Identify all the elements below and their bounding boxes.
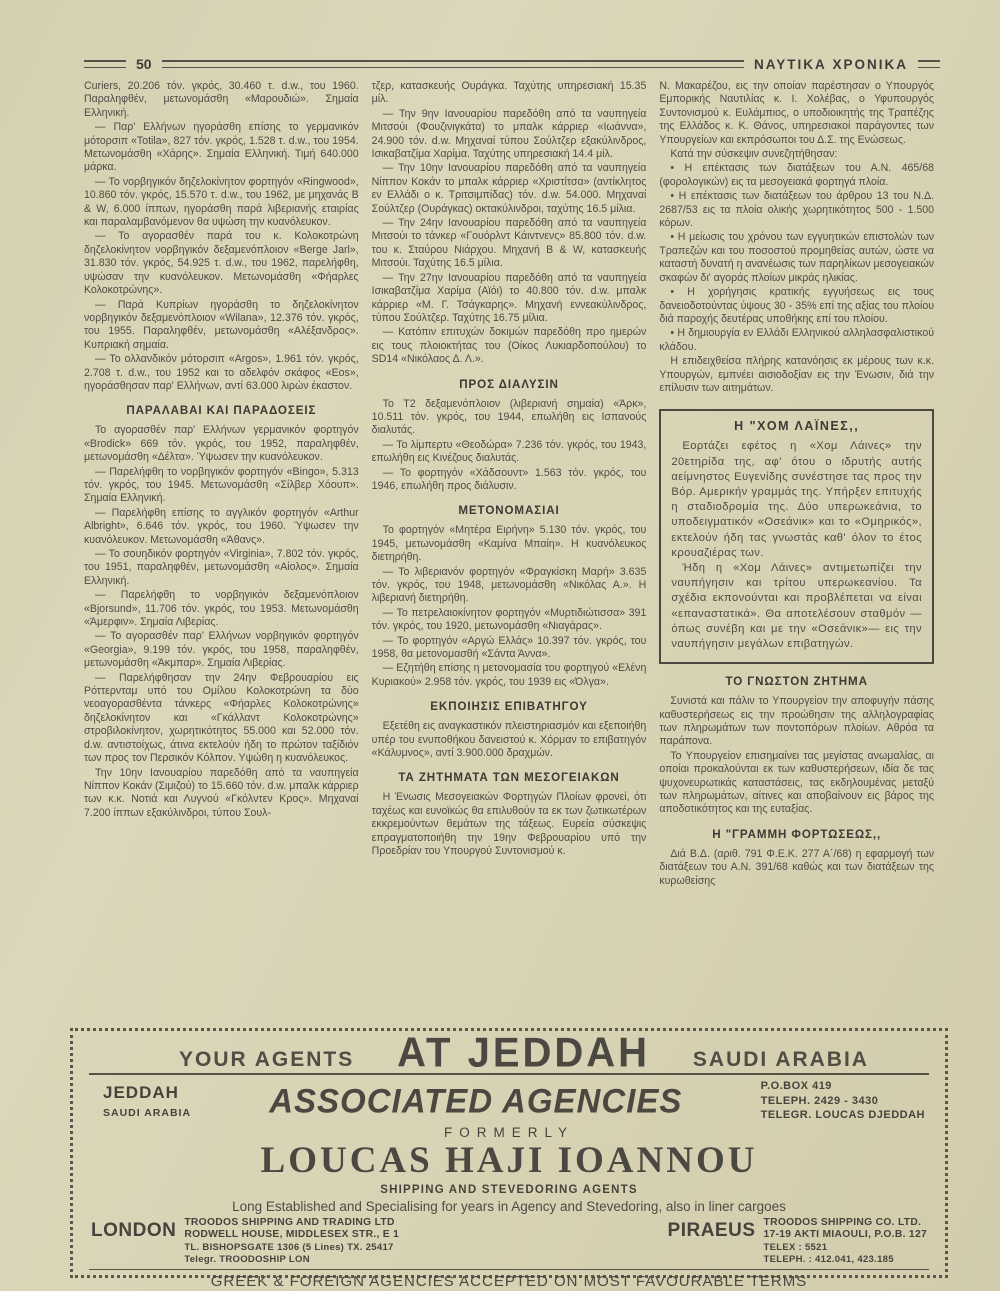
- paragraph: — Το πετρελαιοκίνητον φορτηγόν «Μυρτιδιώ…: [372, 607, 647, 634]
- ad-telegram: TELEGR. LOUCAS DJEDDAH: [761, 1108, 925, 1123]
- ad-agency-name: ASSOCIATED AGENCIES: [269, 1081, 682, 1121]
- header-rule-left: [84, 60, 126, 68]
- paragraph: — Την 27ην Ιανουαρίου παρεδόθη από τα να…: [372, 272, 647, 326]
- jeddah-advertisement: YOUR AGENTS AT JEDDAH SAUDI ARABIA JEDDA…: [70, 1028, 948, 1278]
- paragraph: — Την 9ην Ιανουαρίου παρεδόθη από τα ναυ…: [372, 108, 647, 162]
- ad-left-location: JEDDAH SAUDI ARABIA: [103, 1083, 191, 1119]
- ad-piraeus-office: PIRAEUS TROODOS SHIPPING CO. LTD. 17-19 …: [668, 1217, 927, 1267]
- scanned-journal-page: 50 ΝΑΥΤΙΚΑ ΧΡΟΝΙΚΑ Curiers, 20.206 τόν. …: [0, 0, 1000, 1291]
- paragraph: — Παρελήφθησαν την 24ην Φεβρουαρίου εις …: [84, 672, 359, 766]
- paragraph: — Το σουηδικόν φορτηγόν «Virginia», 7.80…: [84, 548, 359, 588]
- paragraph: Το Τ2 δεξαμενόπλοιον (λιβεριανή σημαία) …: [372, 398, 647, 438]
- article-columns: Curiers, 20.206 τόν. γκρός, 30.460 τ. d.…: [84, 80, 934, 1022]
- paragraph: — Παρελήφθη το νορβηγικόν δεξαμενόπλοιον…: [84, 589, 359, 629]
- ad-agency-row: JEDDAH SAUDI ARABIA ASSOCIATED AGENCIES …: [89, 1079, 929, 1123]
- paragraph: Το Υπουργείον επισημαίνει τας μεγίστας α…: [659, 750, 934, 817]
- journal-masthead: ΝΑΥΤΙΚΑ ΧΡΟΝΙΚΑ: [754, 57, 908, 72]
- feature-box-paragraph: Ήδη η «Χομ Λάινες» αντιμετωπίζει την ναυ…: [671, 561, 922, 652]
- paragraph: Το φορτηγόν «Μητέρα Ειρήνη» 5.130 τόν. γ…: [372, 524, 647, 564]
- paragraph: Κατά την σύσκεψιν συνεζητήθησαν:: [659, 148, 934, 161]
- paragraph: Συνιστά και πάλιν το Υπουργείον την αποφ…: [659, 695, 934, 749]
- paragraph: — Την 10ην Ιανουαρίου παρεδόθη από τα να…: [372, 162, 647, 216]
- ad-offices-row: LONDON TROODOS SHIPPING AND TRADING LTD …: [89, 1217, 929, 1267]
- ad-tagline: Long Established and Specialising for ye…: [89, 1199, 929, 1214]
- paragraph: • Η επέκτασις των διατάξεων του άρθρου 1…: [659, 190, 934, 230]
- paragraph: — Το φορτηγόν «Χάδσουντ» 1.563 τόν. γκρό…: [372, 467, 647, 494]
- section-heading: ΠΡΟΣ ΔΙΑΛΥΣΙΝ: [372, 378, 647, 391]
- column-3-top: Ν. Μακαρέζου, εις την οποίαν παρέστησαν …: [659, 80, 934, 395]
- ad-company-name: LOUCAS HAJI IOANNOU: [89, 1141, 929, 1181]
- ad-your-agents: YOUR AGENTS: [179, 1048, 354, 1072]
- ad-piraeus-address: 17-19 AKTI MIAOULI, P.O.B. 127: [764, 1229, 928, 1242]
- ad-piraeus-company: TROODOS SHIPPING CO. LTD.: [764, 1217, 928, 1230]
- paragraph: — Παρ' Ελλήνων ηγοράσθη επίσης το γερμαν…: [84, 121, 359, 175]
- ad-formerly-label: FORMERLY: [89, 1125, 929, 1140]
- paragraph: Το αγορασθέν παρ' Ελλήνων γερμανικόν φορ…: [84, 424, 359, 464]
- ad-saudi-arabia: SAUDI ARABIA: [693, 1048, 869, 1072]
- paragraph: Διά Β.Δ. (αριθ. 791 Φ.Ε.Κ. 277 Α΄/68) η …: [659, 848, 934, 888]
- page-header: 50 ΝΑΥΤΙΚΑ ΧΡΟΝΙΚΑ: [84, 56, 940, 72]
- ad-piraeus-telephone: TELEPH. : 412.041, 423.185: [764, 1254, 928, 1267]
- ad-piraeus-label: PIRAEUS: [668, 1217, 756, 1267]
- ad-subtitle: SHIPPING AND STEVEDORING AGENTS: [89, 1184, 929, 1196]
- hom-lines-feature-box: Η "ΧΟΜ ΛΑΪΝΕΣ,, Εορτάζει εφέτος η «Χομ Λ…: [659, 409, 934, 664]
- page-number: 50: [136, 56, 152, 72]
- paragraph: — Το φορτηγόν «Αργώ Ελλάς» 10.397 τόν. γ…: [372, 635, 647, 662]
- ad-at-jeddah-title: AT JEDDAH: [397, 1032, 650, 1074]
- feature-box-title: Η "ΧΟΜ ΛΑΪΝΕΣ,,: [671, 419, 922, 433]
- ad-left-city: JEDDAH: [103, 1083, 191, 1103]
- ad-pobox: P.O.BOX 419: [761, 1079, 925, 1094]
- ad-london-telephone: TL. BISHOPSGATE 1306 (5 Lines) TX. 25417: [184, 1242, 399, 1255]
- section-heading: ΜΕΤΟΝΟΜΑΣΙΑΙ: [372, 504, 647, 517]
- section-heading: ΠΑΡΑΛΑΒΑΙ ΚΑΙ ΠΑΡΑΔΟΣΕΙΣ: [84, 404, 359, 417]
- section-heading: ΕΚΠΟΙΗΣΙΣ ΕΠΙΒΑΤΗΓΟΥ: [372, 700, 647, 713]
- paragraph: — Το λιβεριανόν φορτηγόν «Φραγκίσκη Μαρή…: [372, 566, 647, 606]
- ad-london-address: RODWELL HOUSE, MIDDLESEX STR., E 1: [184, 1229, 399, 1242]
- header-rule-center: [162, 60, 744, 68]
- ad-piraeus-telex: TELEX : 5521: [764, 1242, 928, 1255]
- column-1: Curiers, 20.206 τόν. γκρός, 30.460 τ. d.…: [84, 80, 359, 1022]
- paragraph: Την 10ην Ιανουαρίου παρεδόθη από τα ναυπ…: [84, 767, 359, 821]
- ad-piraeus-details: TROODOS SHIPPING CO. LTD. 17-19 AKTI MIA…: [764, 1217, 928, 1267]
- section-heading: ΤΑ ΖΗΤΗΜΑΤΑ ΤΩΝ ΜΕΣΟΓΕΙΑΚΩΝ: [372, 771, 647, 784]
- paragraph: τζερ, κατασκευής Ουράγκα. Ταχύτης υπηρεσ…: [372, 80, 647, 107]
- column-3-bottom: ΤΟ ΓΝΩΣΤΟΝ ΖΗΤΗΜΑΣυνιστά και πάλιν το Υπ…: [659, 675, 934, 888]
- paragraph: Η επιδειχθείσα πλήρης κατανόησις εκ μέρο…: [659, 355, 934, 395]
- ad-header-row: YOUR AGENTS AT JEDDAH SAUDI ARABIA: [89, 1033, 929, 1075]
- paragraph: • Η δημιουργία εν Ελλάδι Ελληνικού αλληλ…: [659, 327, 934, 354]
- paragraph: Εξετέθη εις αναγκαστικόν πλειστηριασμόν …: [372, 720, 647, 760]
- paragraph: Ν. Μακαρέζου, εις την οποίαν παρέστησαν …: [659, 80, 934, 147]
- paragraph: — Παρά Κυπρίων ηγοράσθη το δηζελοκίνητον…: [84, 299, 359, 353]
- paragraph: — Το αγορασθέν παρ' Ελλήνων νορβηγικόν φ…: [84, 630, 359, 670]
- ad-london-label: LONDON: [91, 1217, 176, 1267]
- paragraph: — Την 24ην Ιανουαρίου παρεδόθη από τα να…: [372, 217, 647, 271]
- paragraph: — Κατόπιν επιτυχών δοκιμών παρεδόθη προ …: [372, 326, 647, 366]
- header-rule-right: [918, 60, 940, 68]
- paragraph: • Η χορήγησις κρατικής εγγυήσεως εις του…: [659, 286, 934, 326]
- ad-london-company: TROODOS SHIPPING AND TRADING LTD: [184, 1217, 399, 1230]
- ad-telephone: TELEPH. 2429 - 3430: [761, 1094, 925, 1109]
- paragraph: — Το αγορασθέν παρά του κ. Κολοκοτρώνη δ…: [84, 230, 359, 297]
- ad-london-telegram: Telegr. TROODOSHIP LON: [184, 1254, 399, 1267]
- paragraph: — Παρελήφθη επίσης το αγγλικόν φορτηγόν …: [84, 507, 359, 547]
- paragraph: • Η επέκτασις των διατάξεων του Α.Ν. 465…: [659, 162, 934, 189]
- ad-left-country: SAUDI ARABIA: [103, 1107, 191, 1119]
- ad-contact-block: P.O.BOX 419 TELEPH. 2429 - 3430 TELEGR. …: [761, 1079, 925, 1123]
- feature-box-paragraph: Εορτάζει εφέτος η «Χομ Λάινες» την 20ετη…: [671, 439, 922, 561]
- ad-footer-slogan: GREEK & FOREIGN AGENCIES ACCEPTED ON MOS…: [89, 1269, 929, 1290]
- ad-london-details: TROODOS SHIPPING AND TRADING LTD RODWELL…: [184, 1217, 399, 1267]
- paragraph: — Το ολλανδικόν μότορσιπ «Argos», 1.961 …: [84, 353, 359, 393]
- paragraph: Η Ένωσις Μεσογειακών Φορτηγών Πλοίων φρο…: [372, 791, 647, 858]
- paragraph: — Εζητήθη επίσης η μετονομασία του φορτη…: [372, 662, 647, 689]
- paragraph: — Το νορβηγικόν δηζελοκίνητον φορτηγόν «…: [84, 176, 359, 230]
- paragraph: • Η μείωσις του χρόνου των εγγυητικών επ…: [659, 231, 934, 285]
- paragraph: Curiers, 20.206 τόν. γκρός, 30.460 τ. d.…: [84, 80, 359, 120]
- column-2: τζερ, κατασκευής Ουράγκα. Ταχύτης υπηρεσ…: [372, 80, 647, 1022]
- paragraph: — Παρελήφθη το νορβηγικόν φορτηγόν «Bing…: [84, 466, 359, 506]
- section-heading: ΤΟ ΓΝΩΣΤΟΝ ΖΗΤΗΜΑ: [659, 675, 934, 688]
- column-3: Ν. Μακαρέζου, εις την οποίαν παρέστησαν …: [659, 80, 934, 1022]
- ad-london-office: LONDON TROODOS SHIPPING AND TRADING LTD …: [91, 1217, 399, 1267]
- paragraph: — Το λίμπερτυ «Θεοδώρα» 7.236 τόν. γκρός…: [372, 439, 647, 466]
- section-heading: Η "ΓΡΑΜΜΗ ΦΟΡΤΩΣΕΩΣ,,: [659, 828, 934, 841]
